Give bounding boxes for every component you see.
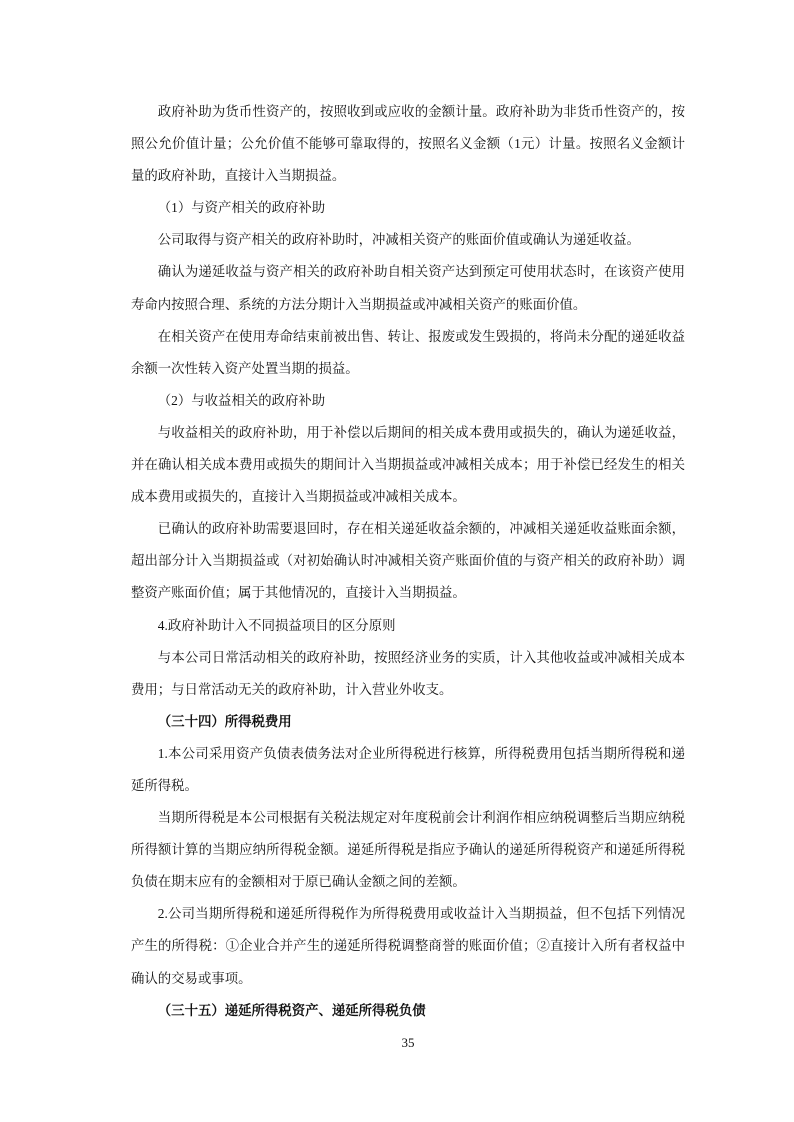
paragraph: 确认为递延收益与资产相关的政府补助自相关资产达到预定可使用状态时，在该资产使用寿… <box>131 256 685 320</box>
paragraph: 政府补助为货币性资产的，按照收到或应收的金额计量。政府补助为非货币性资产的，按照… <box>131 96 685 192</box>
paragraph: 已确认的政府补助需要退回时，存在相关递延收益余额的，冲减相关递延收益账面余额，超… <box>131 513 685 609</box>
paragraph: 1.本公司采用资产负债表债务法对企业所得税进行核算，所得税费用包括当期所得税和递… <box>131 738 685 802</box>
paragraph: （2）与收益相关的政府补助 <box>131 385 685 417</box>
section-heading: （三十五）递延所得税资产、递延所得税负债 <box>131 995 685 1027</box>
paragraph: 与本公司日常活动相关的政府补助，按照经济业务的实质，计入其他收益或冲减相关成本费… <box>131 642 685 706</box>
paragraph: （1）与资产相关的政府补助 <box>131 192 685 224</box>
document-body: 政府补助为货币性资产的，按照收到或应收的金额计量。政府补助为非货币性资产的，按照… <box>131 96 685 1027</box>
paragraph: 与收益相关的政府补助，用于补偿以后期间的相关成本费用或损失的，确认为递延收益，并… <box>131 417 685 513</box>
paragraph: 当期所得税是本公司根据有关税法规定对年度税前会计利润作相应纳税调整后当期应纳税所… <box>131 802 685 898</box>
paragraph: 4.政府补助计入不同损益项目的区分原则 <box>131 610 685 642</box>
page-number: 35 <box>402 1035 415 1050</box>
paragraph: 2.公司当期所得税和递延所得税作为所得税费用或收益计入当期损益，但不包括下列情况… <box>131 898 685 994</box>
document-page: 政府补助为货币性资产的，按照收到或应收的金额计量。政府补助为非货币性资产的，按照… <box>0 0 794 1122</box>
section-heading: （三十四）所得税费用 <box>131 706 685 738</box>
page-footer: 35 <box>131 1034 685 1052</box>
paragraph: 公司取得与资产相关的政府补助时，冲减相关资产的账面价值或确认为递延收益。 <box>131 224 685 256</box>
paragraph: 在相关资产在使用寿命结束前被出售、转让、报废或发生毁损的，将尚未分配的递延收益余… <box>131 321 685 385</box>
